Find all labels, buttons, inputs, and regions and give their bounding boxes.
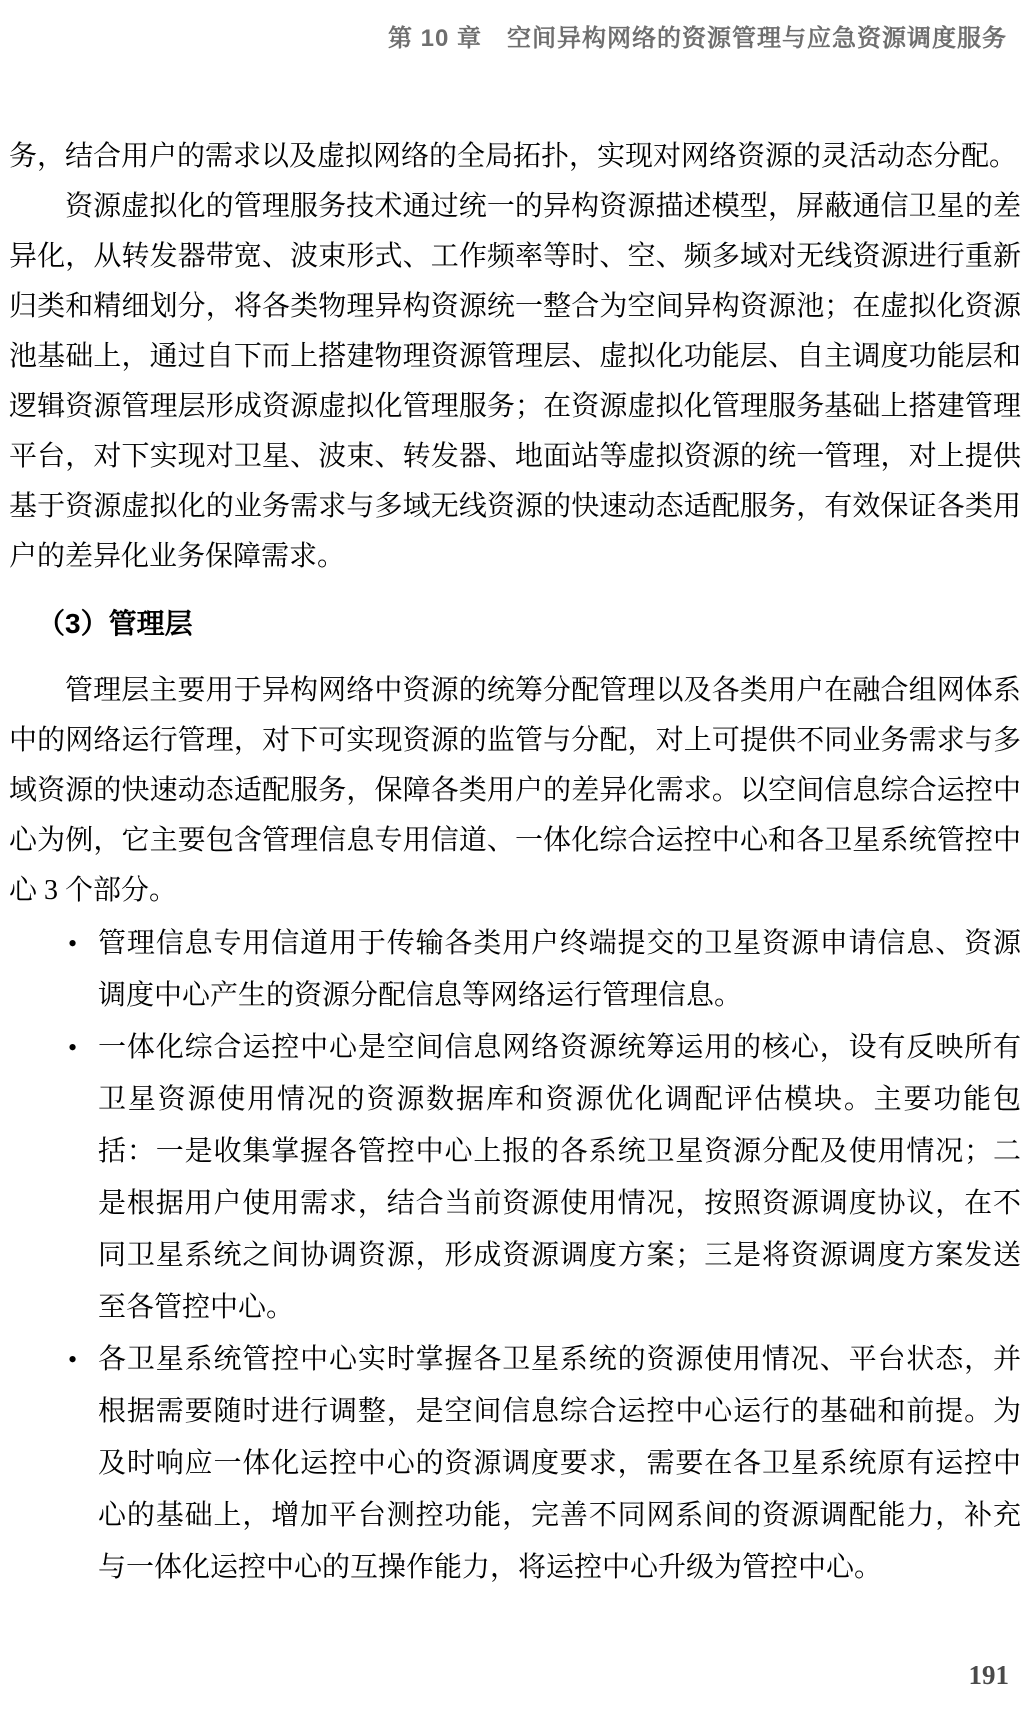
- running-head: 第 10 章 空间异构网络的资源管理与应急资源调度服务: [388, 18, 1007, 53]
- page-number: 191: [969, 1660, 1010, 1691]
- paragraph-virtualization: 资源虚拟化的管理服务技术通过统一的异构资源描述模型，屏蔽通信卫星的差异化，从转发…: [9, 182, 1021, 582]
- page-body: 务，结合用户的需求以及虚拟网络的全局拓扑，实现对网络资源的灵活动态分配。 资源虚…: [9, 132, 1021, 1594]
- list-item: 管理信息专用信道用于传输各类用户终端提交的卫星资源申请信息、资源调度中心产生的资…: [98, 918, 1021, 1022]
- paragraph-management: 管理层主要用于异构网络中资源的统筹分配管理以及各类用户在融合组网体系中的网络运行…: [9, 666, 1021, 916]
- list-item: 各卫星系统管控中心实时掌握各卫星系统的资源使用情况、平台状态，并根据需要随时进行…: [98, 1334, 1021, 1594]
- paragraph-continuation: 务，结合用户的需求以及虚拟网络的全局拓扑，实现对网络资源的灵活动态分配。: [9, 132, 1021, 182]
- bullet-list: 管理信息专用信道用于传输各类用户终端提交的卫星资源申请信息、资源调度中心产生的资…: [9, 918, 1021, 1594]
- book-page: 第 10 章 空间异构网络的资源管理与应急资源调度服务 务，结合用户的需求以及虚…: [0, 0, 1029, 1709]
- sub-heading-management-layer: （3）管理层: [9, 599, 1021, 649]
- list-item: 一体化综合运控中心是空间信息网络资源统筹运用的核心，设有反映所有卫星资源使用情况…: [98, 1022, 1021, 1334]
